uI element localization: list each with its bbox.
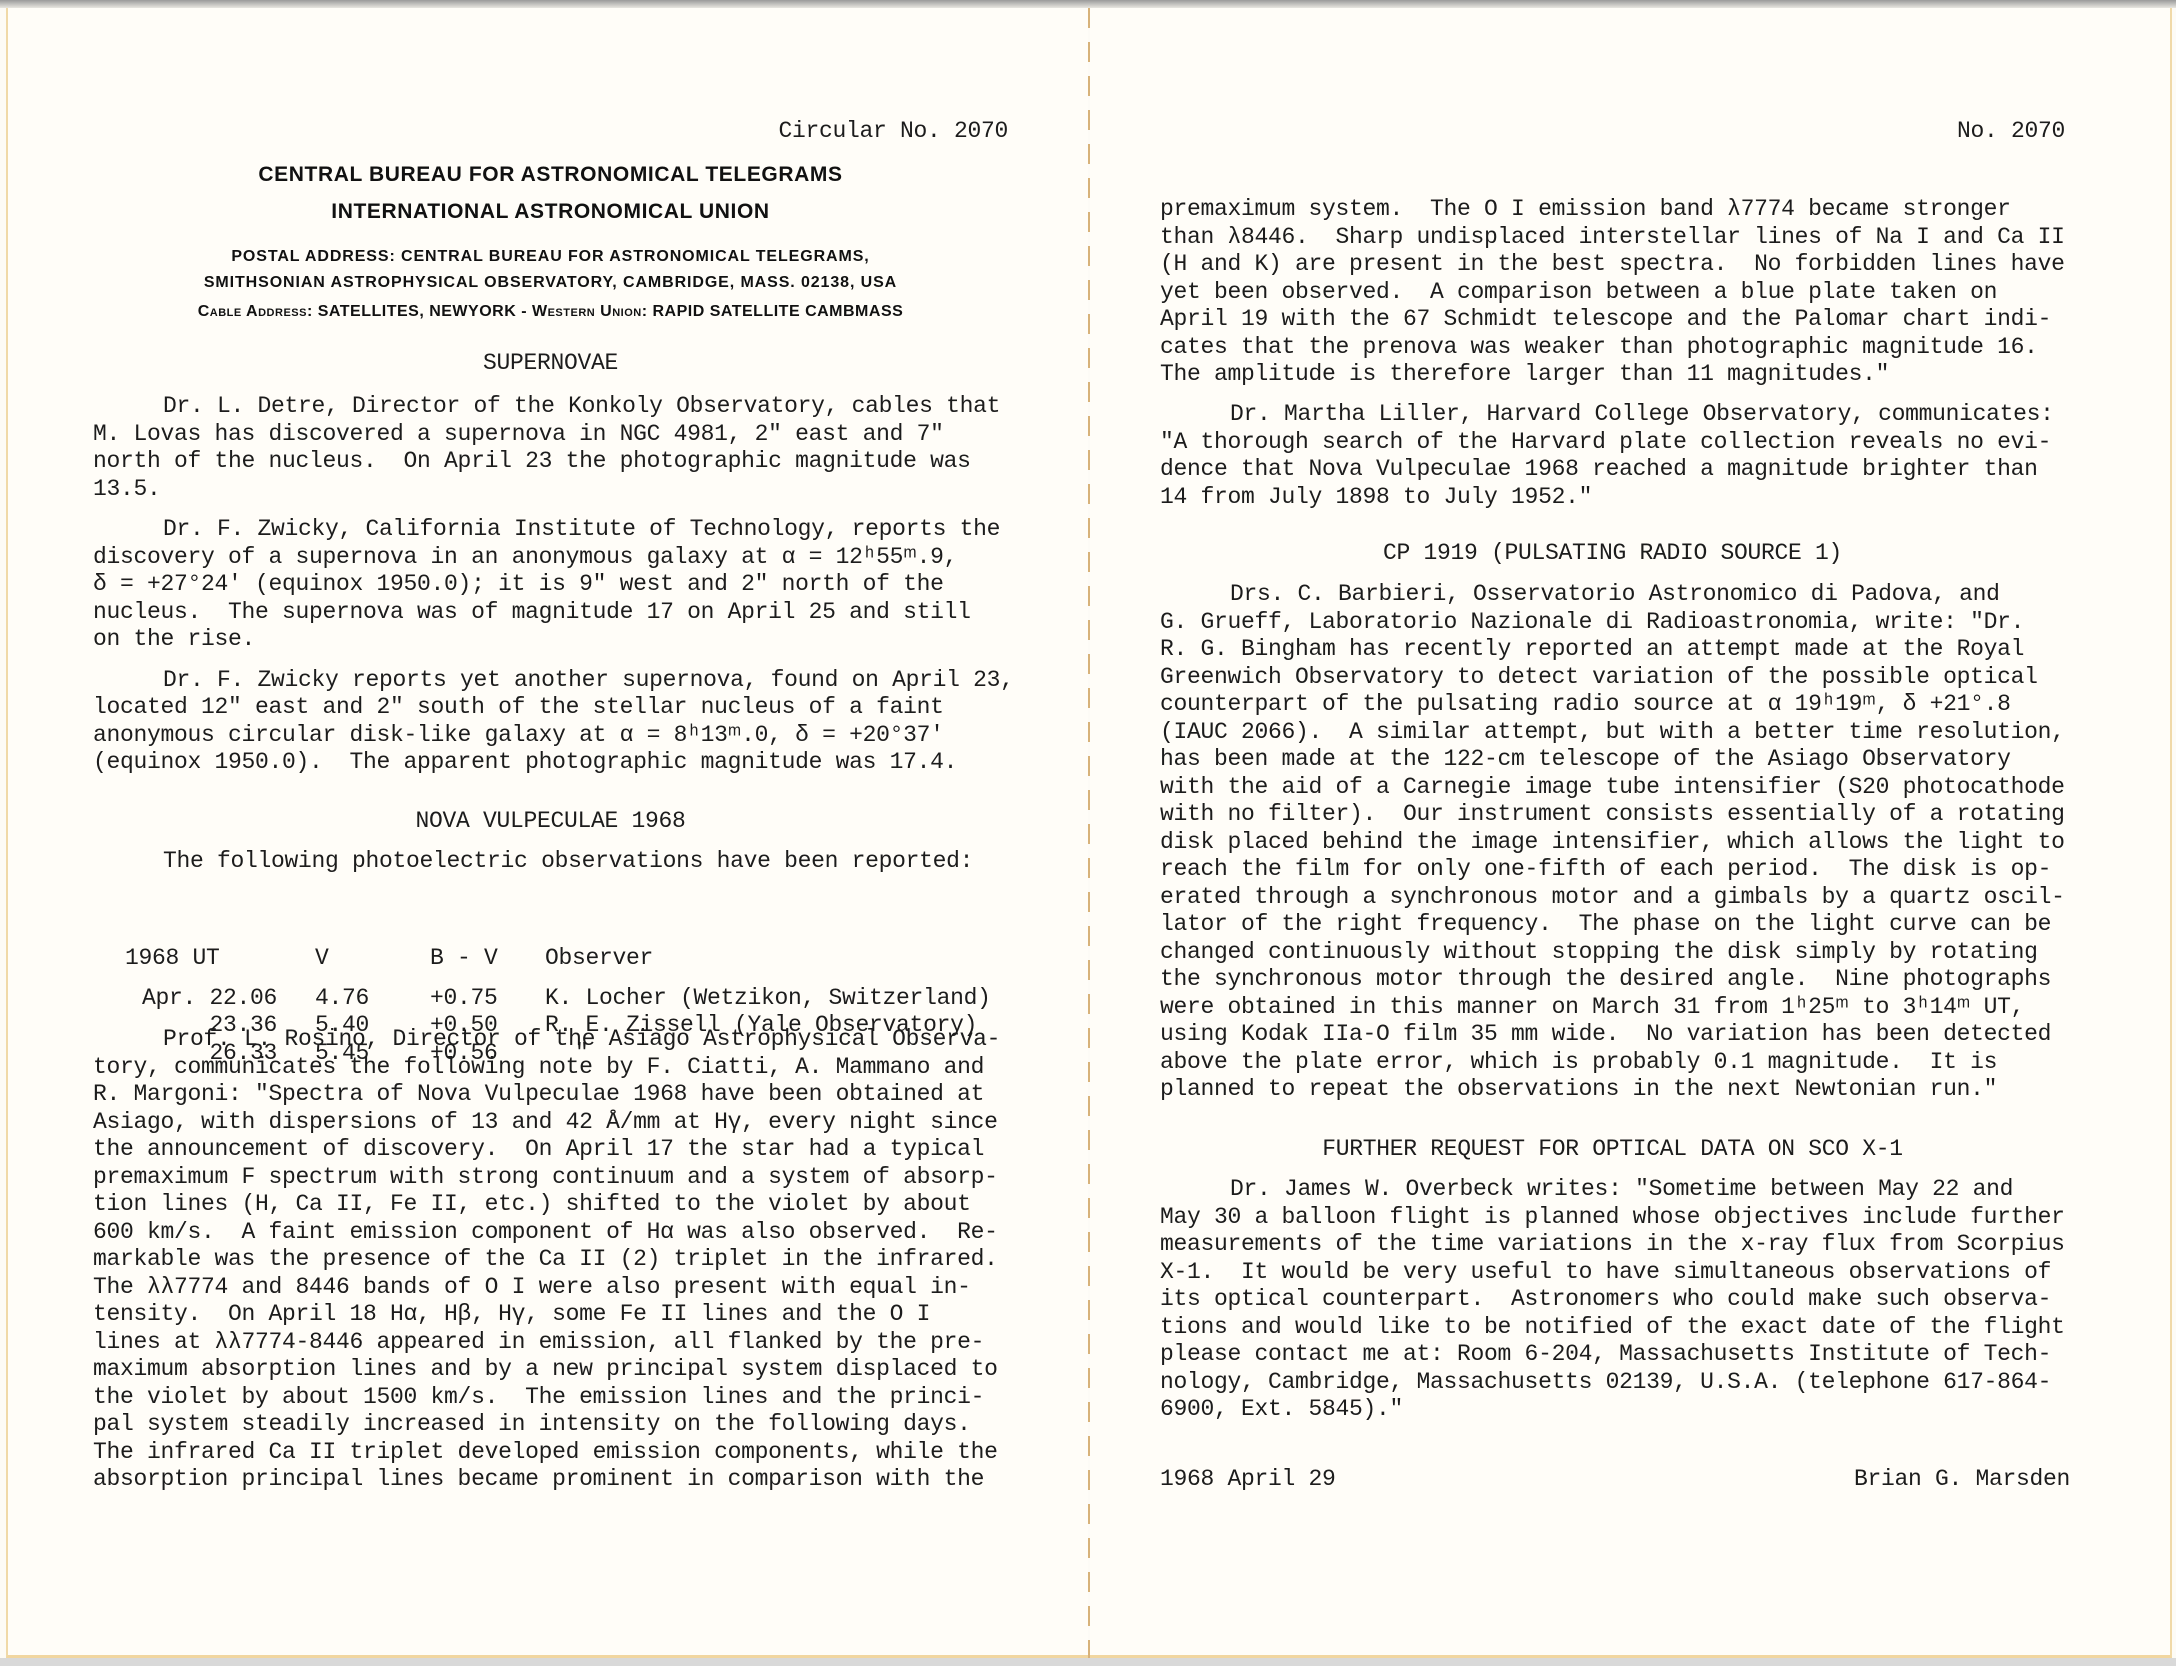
paragraph-zwicky-1: Dr. F. Zwicky, California Institute of T… <box>93 516 1033 654</box>
paragraph-detre: Dr. L. Detre, Director of the Konkoly Ob… <box>93 393 1033 503</box>
col-header-observer: Observer <box>545 945 991 973</box>
nova-continued-section: premaximum system. The O I emission band… <box>1160 196 2120 389</box>
paragraph-overbeck: Dr. James W. Overbeck writes: "Sometime … <box>1160 1176 2120 1424</box>
header-postal-2: SMITHSONIAN ASTROPHYSICAL OBSERVATORY, C… <box>93 274 1008 292</box>
scan-edge-bottom <box>0 1658 2176 1666</box>
table-header-row: 1968 UT V B - V Observer <box>125 945 991 973</box>
page-number: No. 2070 <box>1160 118 2065 146</box>
col-header-ut: 1968 UT <box>125 945 315 973</box>
nova-intro: The following photoelectric observations… <box>163 848 973 876</box>
rosino-section: Prof. L. Rosino, Director of the Asiago … <box>93 1026 1053 1494</box>
paragraph-liller: Dr. Martha Liller, Harvard College Obser… <box>1160 401 2120 511</box>
paragraph-rosino: Prof. L. Rosino, Director of the Asiago … <box>93 1026 1053 1494</box>
section-title-cp1919: CP 1919 (PULSATING RADIO SOURCE 1) <box>1160 540 2065 568</box>
sco-x1-section: Dr. James W. Overbeck writes: "Sometime … <box>1160 1176 2120 1424</box>
table-row: Apr. 22.06 4.76 +0.75 K. Locher (Wetziko… <box>125 985 991 1013</box>
section-title-nova: NOVA VULPECULAE 1968 <box>93 808 1008 836</box>
footer-date: 1968 April 29 <box>1160 1466 1336 1494</box>
header-iau: INTERNATIONAL ASTRONOMICAL UNION <box>93 200 1008 224</box>
cp1919-section: Drs. C. Barbieri, Osservatorio Astronomi… <box>1160 581 2120 1104</box>
paragraph-zwicky-2: Dr. F. Zwicky reports yet another supern… <box>93 667 1033 777</box>
liller-section: Dr. Martha Liller, Harvard College Obser… <box>1160 401 2120 511</box>
section-title-sco-x1: FURTHER REQUEST FOR OPTICAL DATA ON SCO … <box>1160 1136 2065 1164</box>
col-header-bv: B - V <box>430 945 545 973</box>
paragraph-barbieri: Drs. C. Barbieri, Osservatorio Astronomi… <box>1160 581 2120 1104</box>
center-fold <box>1088 8 1090 1658</box>
section-title-supernovae: SUPERNOVAE <box>93 350 1008 378</box>
paragraph-nova-continued: premaximum system. The O I emission band… <box>1160 196 2120 389</box>
footer-signature: Brian G. Marsden <box>1600 1466 2070 1494</box>
scan-edge-top <box>0 0 2176 8</box>
col-header-v: V <box>315 945 430 973</box>
header-cable-address: Cable Address: SATELLITES, NEWYORK - Wes… <box>93 303 1008 321</box>
supernovae-section: Dr. L. Detre, Director of the Konkoly Ob… <box>93 393 1033 777</box>
circular-number: Circular No. 2070 <box>93 118 1008 146</box>
header-postal-1: POSTAL ADDRESS: CENTRAL BUREAU FOR ASTRO… <box>93 248 1008 266</box>
header-bureau: CENTRAL BUREAU FOR ASTRONOMICAL TELEGRAM… <box>93 163 1008 187</box>
